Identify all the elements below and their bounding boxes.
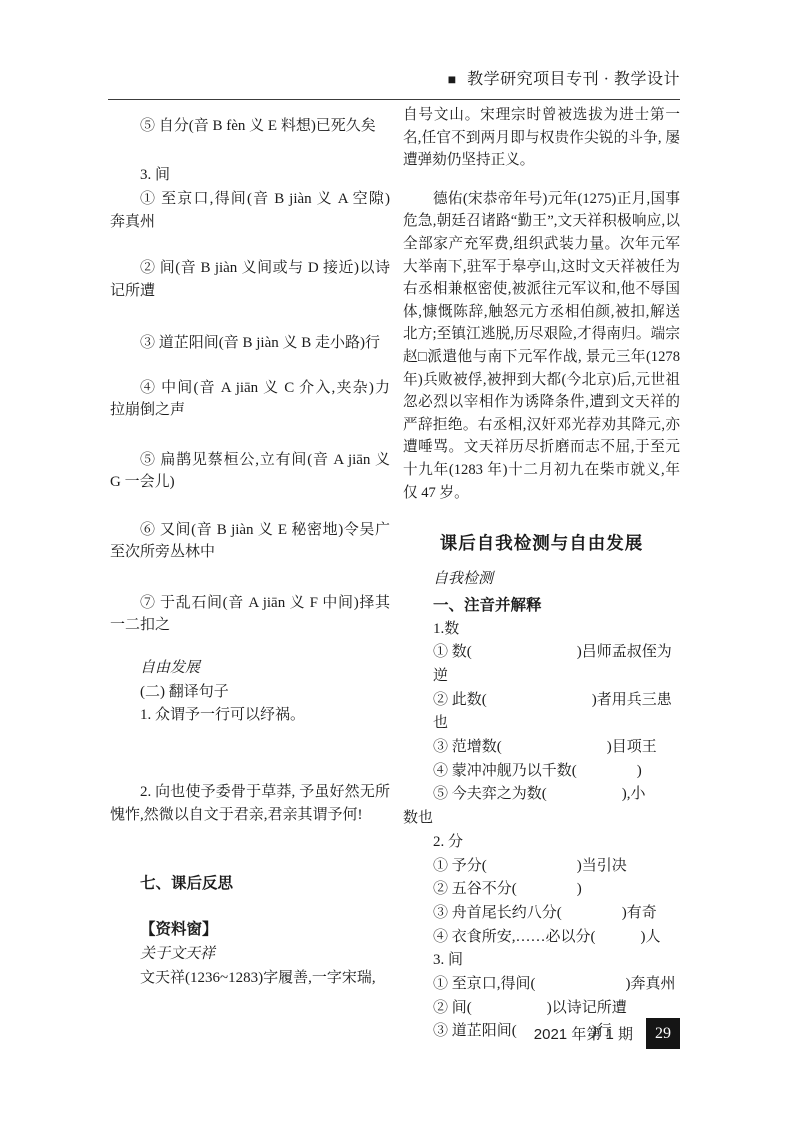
text-line: ① 予分( )当引决	[403, 855, 680, 879]
text-line: ⑤ 今夫弈之为数( ),小	[403, 783, 680, 807]
text-line: 一、注音并解释	[403, 594, 680, 618]
text-line: 一二扣之	[110, 614, 390, 637]
header-rule	[108, 99, 680, 100]
text-line: 记所遭	[110, 280, 390, 303]
text-line: ④ 蒙冲冲舰乃以千数( )	[403, 760, 680, 784]
text-line: 自由发展	[110, 657, 390, 680]
text-line: 3. 间	[110, 164, 390, 187]
text-line: ② 间(音 B jiàn 义间或与 D 接近)以诗	[110, 257, 390, 280]
text-line: 2. 分	[403, 831, 680, 855]
text-line: 德佑(宋恭帝年号)元年(1275)正月,国事危急,朝廷召诸路“勤王”,文天祥积极…	[403, 188, 680, 504]
text-line: 文天祥(1236~1283)字履善,一字宋瑞,	[110, 967, 390, 990]
text-line: G 一会儿)	[110, 471, 390, 494]
text-line: 关于文天祥	[110, 943, 390, 966]
header-title: 教学研究项目专刊 · 教学设计	[467, 71, 680, 88]
text-line: 1.数	[403, 618, 680, 642]
text-line: ③ 舟首尾长约八分( )有奇	[403, 902, 680, 926]
text-line: ① 数( )吕师孟叔侄为逆	[403, 641, 680, 688]
text-line: ① 至京口,得间(音 B jiàn 义 A 空隙)	[110, 188, 390, 211]
text-line: 课后自我检测与自由发展	[403, 530, 680, 556]
text-line: ② 此数( )者用兵三患也	[403, 689, 680, 736]
text-line: ⑤ 自分(音 B fèn 义 E 料想)已死久矣	[110, 115, 390, 138]
text-line: ⑥ 又间(音 B jiàn 义 E 秘密地)令吴广	[110, 519, 390, 542]
text-line: ③ 范增数( )目项王	[403, 736, 680, 760]
text-line: 自号文山。宋理宗时曾被选拔为进士第一名,任官不到两月即与权贵作尖锐的斗争, 屡遭…	[403, 104, 680, 172]
text-line: ④ 衣食所安,……必以分( )人	[403, 926, 680, 950]
text-line: 至次所旁丛林中	[110, 541, 390, 564]
text-line: 2. 向也使予委骨于草莽, 予虽好然无所	[110, 781, 390, 804]
page-number-badge: 29	[646, 1018, 680, 1049]
footer-issue: 2021 年第 1 期	[534, 1023, 633, 1044]
page-footer: 2021 年第 1 期 29	[403, 1018, 680, 1049]
text-line: 3. 间	[403, 949, 680, 973]
text-line: ⑤ 扁鹊见蔡桓公,立有间(音 A jiān 义	[110, 449, 390, 472]
text-line: ② 间( )以诗记所遭	[403, 997, 680, 1021]
text-line: 奔真州	[110, 211, 390, 234]
text-line: 七、课后反思	[110, 873, 390, 896]
text-line: 愧怍,然微以自文于君亲,君亲其谓予何!	[110, 804, 390, 827]
text-line: ③ 道芷阳间(音 B jiàn 义 B 走小路)行	[110, 332, 390, 355]
text-line: 自我检测	[403, 568, 680, 592]
text-line: (二) 翻译句子	[110, 681, 390, 704]
page-header: ■ 教学研究项目专刊 · 教学设计	[108, 66, 680, 89]
right-column: 自号文山。宋理宗时曾被选拔为进士第一名,任官不到两月即与权贵作尖锐的斗争, 屡遭…	[403, 104, 680, 1044]
left-column: ⑤ 自分(音 B fèn 义 E 料想)已死久矣3. 间① 至京口,得间(音 B…	[110, 107, 390, 989]
text-line: ① 至京口,得间( )奔真州	[403, 973, 680, 997]
text-line: ④ 中间(音 A jiān 义 C 介入,夹杂)力	[110, 377, 390, 400]
text-line: 1. 众谓予一行可以纾祸。	[110, 704, 390, 727]
text-line: 拉崩倒之声	[110, 399, 390, 422]
text-line: ⑦ 于乱石间(音 A jiān 义 F 中间)择其	[110, 592, 390, 615]
header-marker-icon: ■	[448, 73, 457, 88]
text-line: 数也	[403, 807, 680, 831]
text-line: 【资料窗】	[110, 919, 390, 942]
page: ■ 教学研究项目专刊 · 教学设计 ⑤ 自分(音 B fèn 义 E 料想)已死…	[0, 0, 793, 1122]
text-line: ② 五谷不分( )	[403, 878, 680, 902]
